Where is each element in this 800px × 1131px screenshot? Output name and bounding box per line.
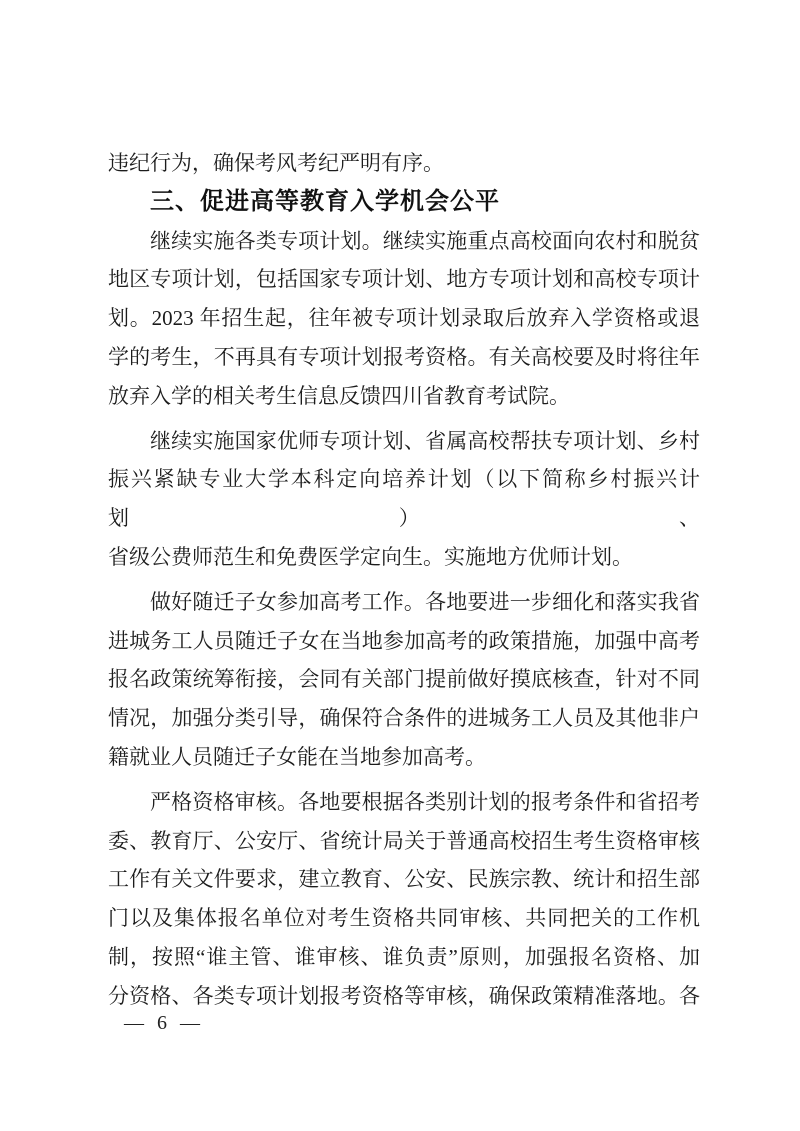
body-line: 委、教育厅、公安厅、省统计局关于普通高校招生考生资格审核: [108, 822, 700, 861]
body-line: 放弃入学的相关考生信息反馈四川省教育考试院。: [108, 377, 700, 416]
body-line: 学的考生，不再具有专项计划报考资格。有关高校要及时将往年: [108, 338, 700, 377]
body-line: 工作有关文件要求，建立教育、公安、民族宗教、统计和招生部: [108, 860, 700, 899]
body-line: 违纪行为，确保考风考纪严明有序。: [108, 144, 700, 183]
body-line: 地区专项计划，包括国家专项计划、地方专项计划和高校专项计: [108, 260, 700, 299]
body-line: 进城务工人员随迁子女在当地参加高考的政策措施，加强中高考: [108, 622, 700, 661]
body-line: 门以及集体报名单位对考生资格共同审核、共同把关的工作机: [108, 899, 700, 938]
paragraph-migrant-children: 做好随迁子女参加高考工作。各地要进一步细化和落实我省 进城务工人员随迁子女在当地…: [108, 583, 700, 777]
body-line: 振兴紧缺专业大学本科定向培养计划（以下简称乡村振兴计划）、: [108, 460, 700, 538]
body-line: 省级公费师范生和免费医学定向生。实施地方优师计划。: [108, 538, 700, 577]
body-line: 继续实施各类专项计划。继续实施重点高校面向农村和脱贫: [108, 222, 700, 261]
paragraph-teacher-plans: 继续实施国家优师专项计划、省属高校帮扶专项计划、乡村 振兴紧缺专业大学本科定向培…: [108, 422, 700, 577]
body-line: 报名政策统筹衔接，会同有关部门提前做好摸底核查，针对不同: [108, 660, 700, 699]
document-body: 违纪行为，确保考风考纪严明有序。 三、促进高等教育入学机会公平 继续实施各类专项…: [108, 144, 700, 1016]
body-line: 划。2023 年招生起，往年被专项计划录取后放弃入学资格或退: [108, 299, 700, 338]
section-heading: 三、促进高等教育入学机会公平: [108, 183, 700, 222]
body-line: 情况，加强分类引导，确保符合条件的进城务工人员及其他非户: [108, 699, 700, 738]
body-line: 制，按照“谁主管、谁审核、谁负责”原则，加强报名资格、加: [108, 938, 700, 977]
paragraph-continuation: 违纪行为，确保考风考纪严明有序。: [108, 144, 700, 183]
page-number: — 6 —: [124, 1008, 204, 1038]
body-line: 严格资格审核。各地要根据各类别计划的报考条件和省招考: [108, 783, 700, 822]
paragraph-qualification-review: 严格资格审核。各地要根据各类别计划的报考条件和省招考 委、教育厅、公安厅、省统计…: [108, 783, 700, 1016]
body-line: 籍就业人员随迁子女能在当地参加高考。: [108, 738, 700, 777]
document-page: 违纪行为，确保考风考纪严明有序。 三、促进高等教育入学机会公平 继续实施各类专项…: [0, 0, 800, 1131]
body-line: 做好随迁子女参加高考工作。各地要进一步细化和落实我省: [108, 583, 700, 622]
body-line: 继续实施国家优师专项计划、省属高校帮扶专项计划、乡村: [108, 422, 700, 461]
paragraph-special-plans: 继续实施各类专项计划。继续实施重点高校面向农村和脱贫 地区专项计划，包括国家专项…: [108, 222, 700, 416]
